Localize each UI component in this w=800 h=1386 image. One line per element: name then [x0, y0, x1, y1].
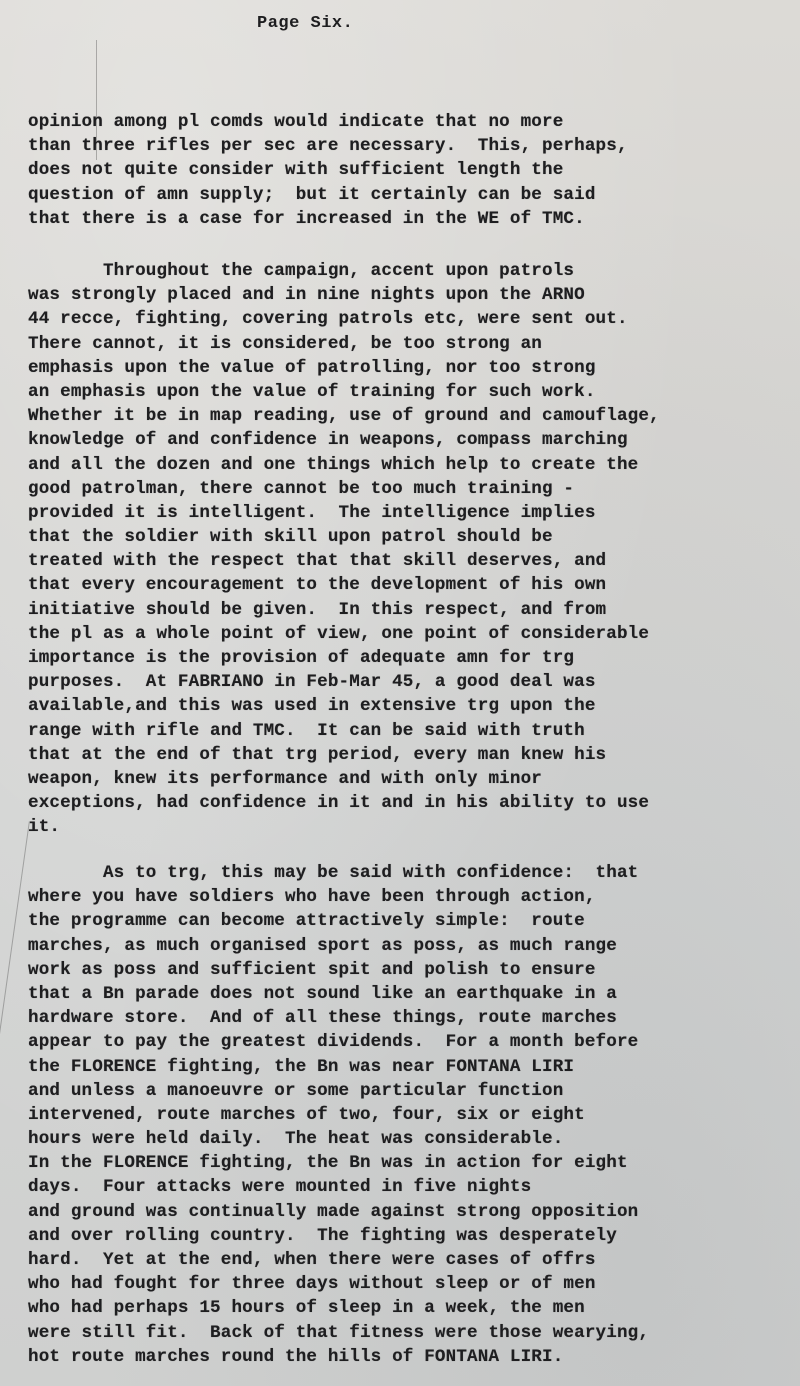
text-line: Throughout the campaign, accent upon pat…: [28, 259, 798, 283]
page-crease: [0, 821, 30, 1118]
paragraph-2: Throughout the campaign, accent upon pat…: [28, 259, 798, 840]
text-line: the pl as a whole point of view, one poi…: [28, 622, 798, 646]
text-line: the FLORENCE fighting, the Bn was near F…: [28, 1055, 798, 1079]
text-line: and ground was continually made against …: [28, 1200, 798, 1224]
text-line: and unless a manoeuvre or some particula…: [28, 1079, 798, 1103]
text-line: purposes. At FABRIANO in Feb-Mar 45, a g…: [28, 670, 798, 694]
text-line: who had perhaps 15 hours of sleep in a w…: [28, 1296, 798, 1320]
text-line: initiative should be given. In this resp…: [28, 598, 798, 622]
typewritten-page: Page Six. opinion among pl comds would i…: [0, 0, 800, 1386]
text-line: who had fought for three days without sl…: [28, 1272, 798, 1296]
text-line: 44 recce, fighting, covering patrols etc…: [28, 307, 798, 331]
text-line: were still fit. Back of that fitness wer…: [28, 1321, 798, 1345]
text-line: was strongly placed and in nine nights u…: [28, 283, 798, 307]
text-line: that at the end of that trg period, ever…: [28, 743, 798, 767]
text-line: provided it is intelligent. The intellig…: [28, 501, 798, 525]
page-header: Page Six.: [257, 14, 353, 33]
text-line: that every encouragement to the developm…: [28, 573, 798, 597]
text-line: intervened, route marches of two, four, …: [28, 1103, 798, 1127]
text-line: importance is the provision of adequate …: [28, 646, 798, 670]
text-line: and over rolling country. The fighting w…: [28, 1224, 798, 1248]
text-line: available,and this was used in extensive…: [28, 694, 798, 718]
text-line: hours were held daily. The heat was cons…: [28, 1127, 798, 1151]
text-line: appear to pay the greatest dividends. Fo…: [28, 1030, 798, 1054]
text-line: days. Four attacks were mounted in five …: [28, 1175, 798, 1199]
text-line: weapon, knew its performance and with on…: [28, 767, 798, 791]
text-line: and all the dozen and one things which h…: [28, 453, 798, 477]
text-line: hard. Yet at the end, when there were ca…: [28, 1248, 798, 1272]
text-line: There cannot, it is considered, be too s…: [28, 332, 798, 356]
text-line: treated with the respect that that skill…: [28, 549, 798, 573]
text-line: emphasis upon the value of patrolling, n…: [28, 356, 798, 380]
text-line: In the FLORENCE fighting, the Bn was in …: [28, 1151, 798, 1175]
text-line: marches, as much organised sport as poss…: [28, 934, 798, 958]
text-line: the programme can become attractively si…: [28, 909, 798, 933]
text-line: hardware store. And of all these things,…: [28, 1006, 798, 1030]
text-line: exceptions, had confidence in it and in …: [28, 791, 798, 815]
text-line: than three rifles per sec are necessary.…: [28, 134, 798, 158]
text-line: it.: [28, 815, 798, 839]
text-line: hot route marches round the hills of FON…: [28, 1345, 798, 1369]
text-line: Whether it be in map reading, use of gro…: [28, 404, 798, 428]
text-line: range with rifle and TMC. It can be said…: [28, 719, 798, 743]
text-line: an emphasis upon the value of training f…: [28, 380, 798, 404]
text-line: that the soldier with skill upon patrol …: [28, 525, 798, 549]
paragraph-3: As to trg, this may be said with confide…: [28, 861, 798, 1369]
paragraph-1: opinion among pl comds would indicate th…: [28, 110, 798, 231]
text-line: good patrolman, there cannot be too much…: [28, 477, 798, 501]
text-line: does not quite consider with sufficient …: [28, 158, 798, 182]
text-line: knowledge of and confidence in weapons, …: [28, 428, 798, 452]
text-line: that a Bn parade does not sound like an …: [28, 982, 798, 1006]
text-line: question of amn supply; but it certainly…: [28, 183, 798, 207]
text-line: where you have soldiers who have been th…: [28, 885, 798, 909]
text-line: opinion among pl comds would indicate th…: [28, 110, 798, 134]
text-line: As to trg, this may be said with confide…: [28, 861, 798, 885]
text-line: that there is a case for increased in th…: [28, 207, 798, 231]
text-line: work as poss and sufficient spit and pol…: [28, 958, 798, 982]
